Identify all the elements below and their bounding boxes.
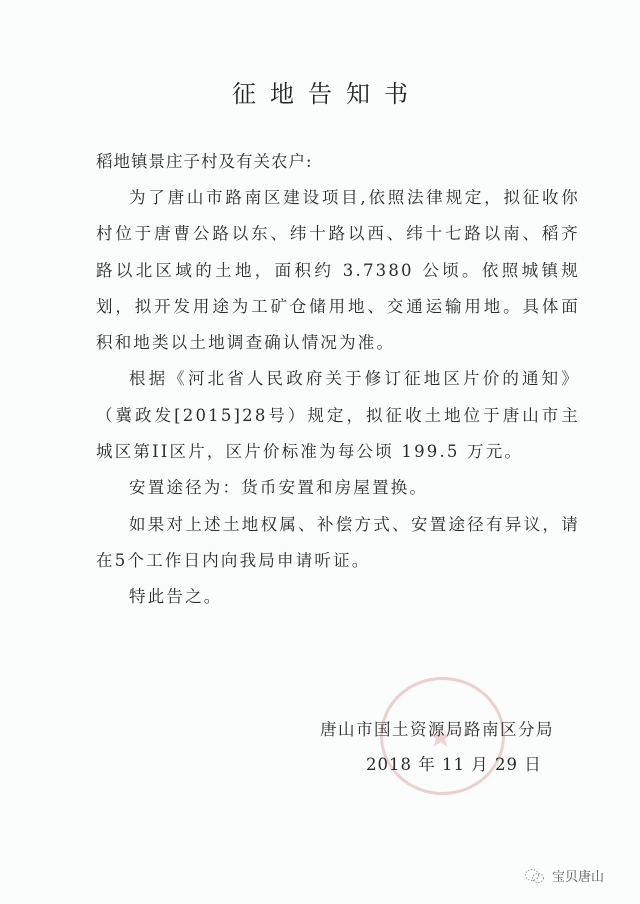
paragraph-closing: 特此告之。 bbox=[96, 579, 580, 615]
watermark-label: 宝贝唐山 bbox=[552, 866, 604, 885]
paragraph-price: 根据《河北省人民政府关于修订征地区片价的通知》（冀政发[2015]28号）规定，… bbox=[96, 361, 580, 470]
paragraph-hearing: 如果对上述土地权属、补偿方式、安置途径有异议，请在5个工作日内向我局申请听证。 bbox=[96, 507, 580, 580]
document-title: 征地告知书 bbox=[0, 74, 640, 109]
paragraph-project: 为了唐山市路南区建设项目,依照法律规定，拟征收你村位于唐曹公路以东、纬十路以西、… bbox=[96, 180, 580, 361]
watermark: 宝贝唐山 bbox=[524, 866, 604, 885]
issuer-signature: 唐山市国土资源局路南区分局 bbox=[320, 716, 554, 740]
notice-body: 为了唐山市路南区建设项目,依照法律规定，拟征收你村位于唐曹公路以东、纬十路以西、… bbox=[96, 180, 580, 616]
paragraph-resettlement: 安置途径为：货币安置和房屋置换。 bbox=[96, 470, 580, 506]
issue-date: 2018 年 11 月 29 日 bbox=[366, 751, 542, 775]
wechat-icon bbox=[524, 868, 546, 884]
salutation: 稻地镇景庄子村及有关农户: bbox=[96, 148, 313, 172]
